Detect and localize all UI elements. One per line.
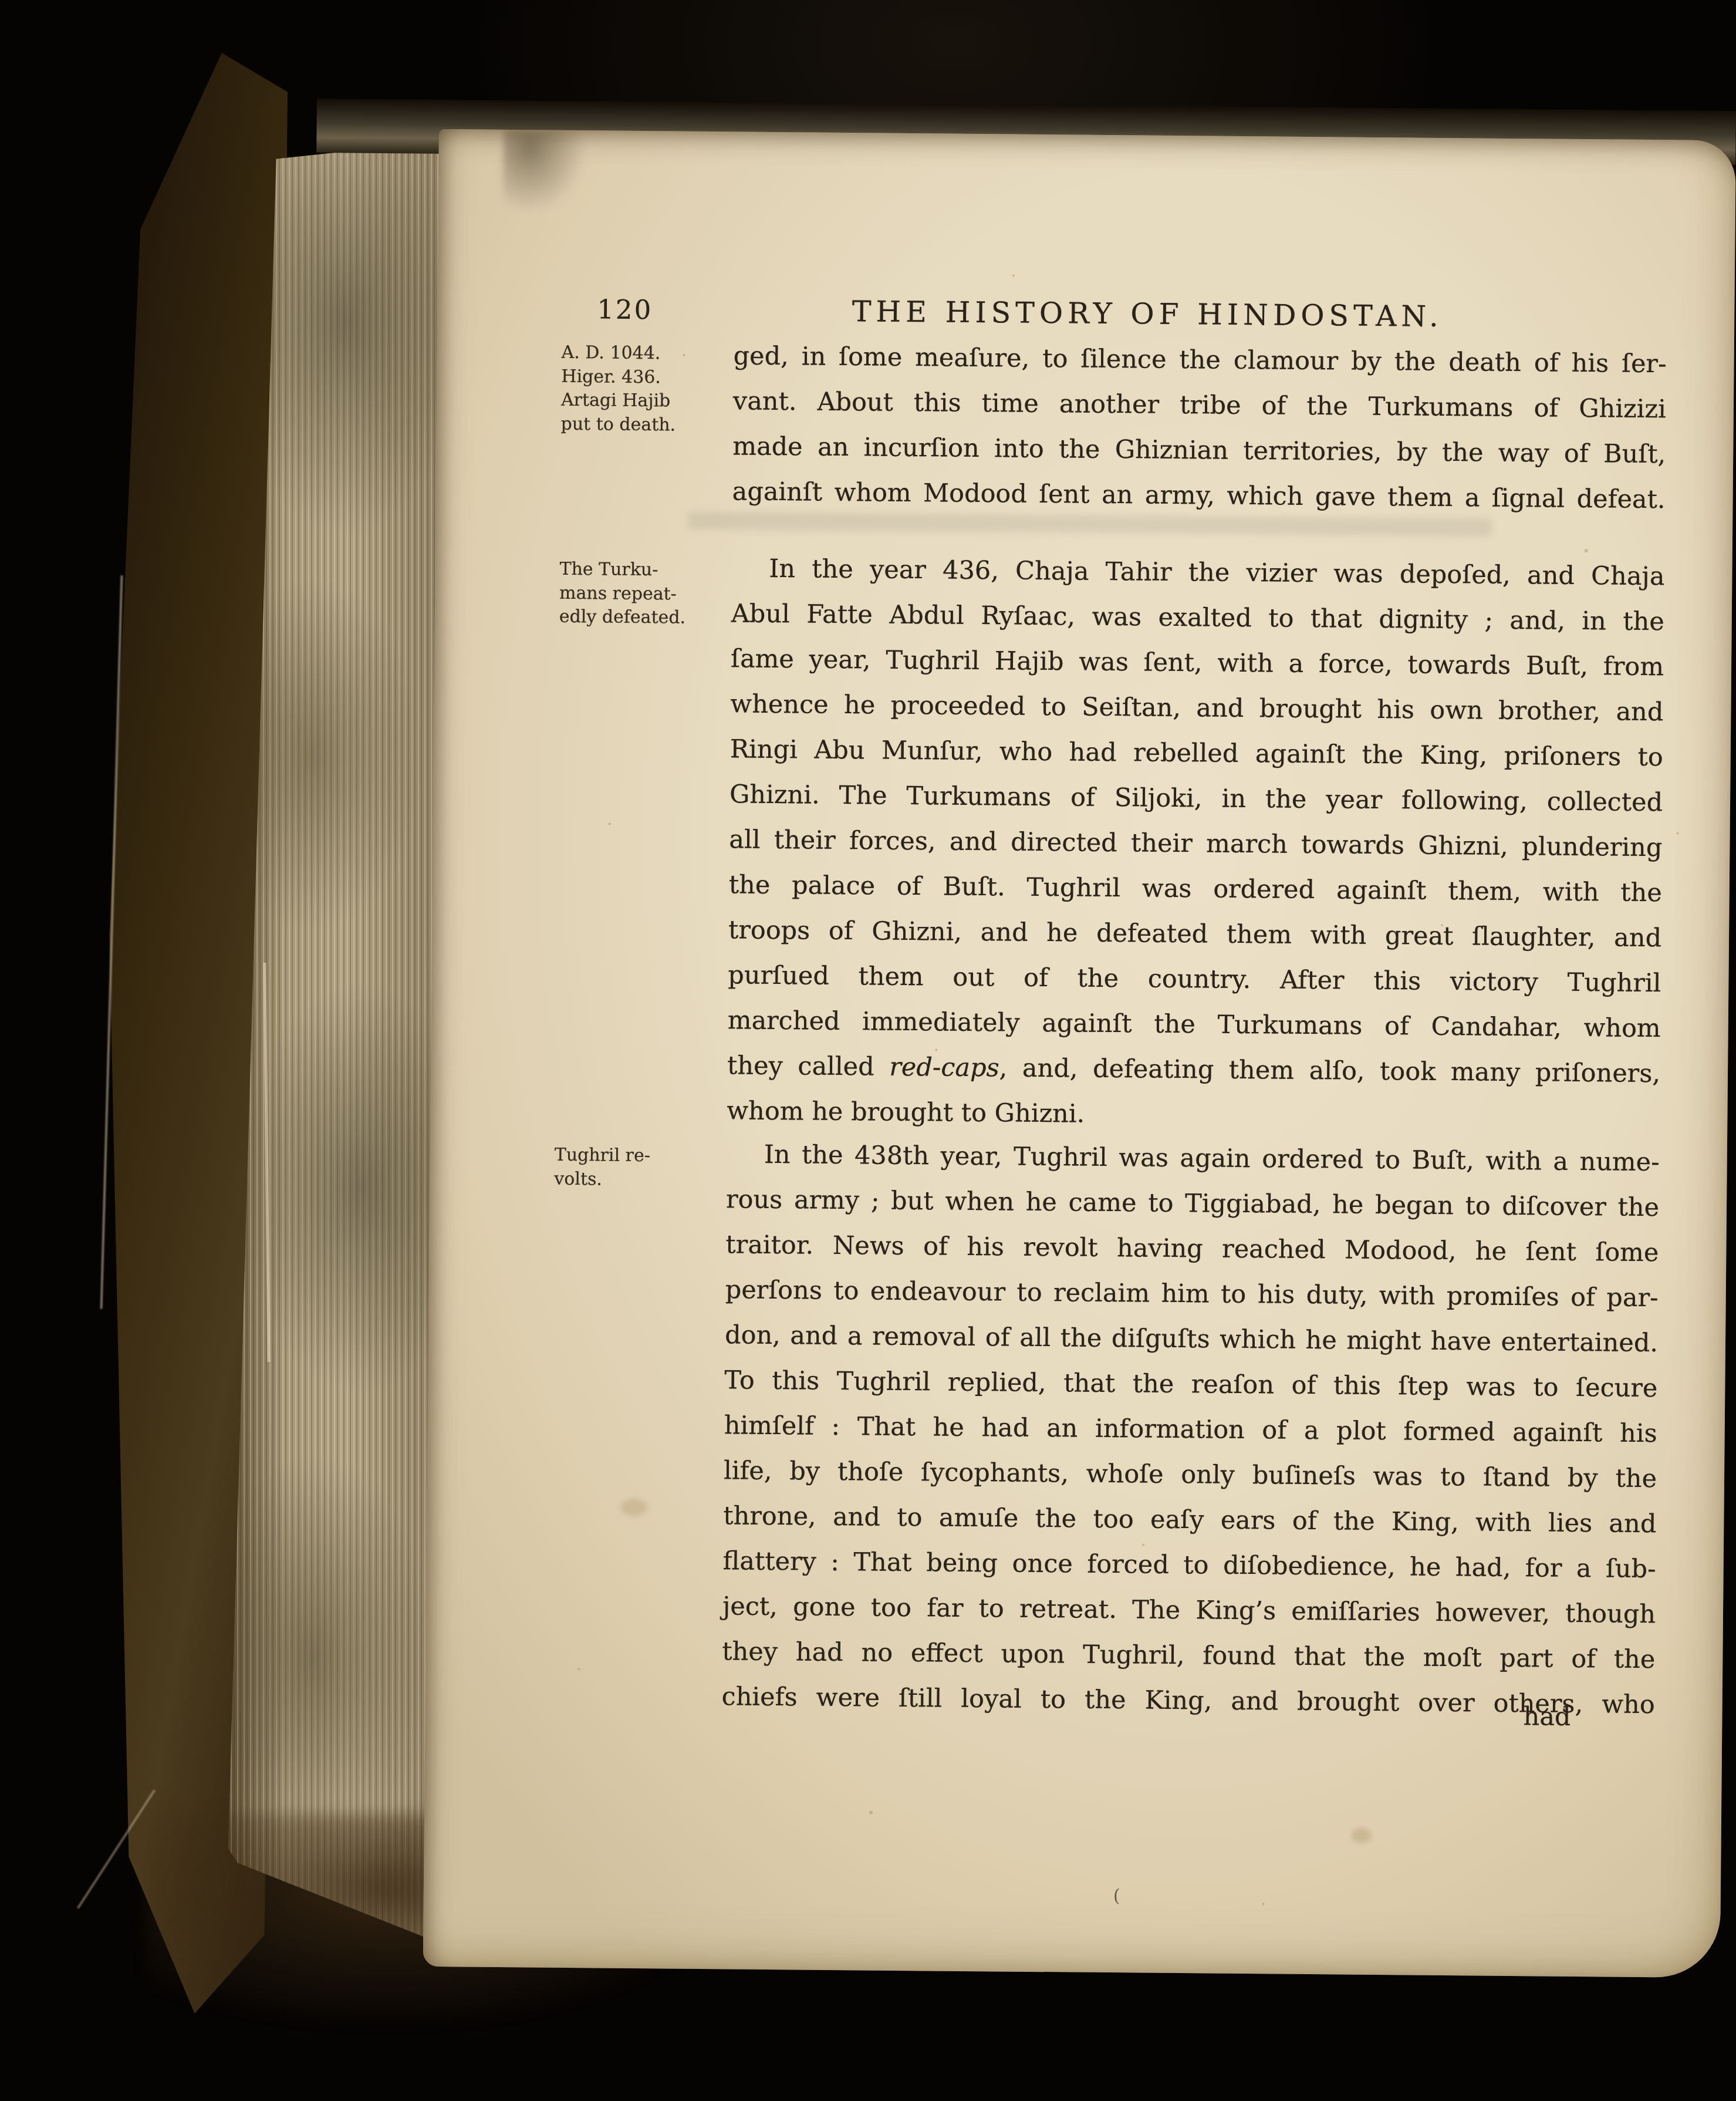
margin-note-line: mans repeat- [559, 581, 737, 606]
margin-note-line: put to death. [560, 412, 738, 437]
text-line: purſued them out of the country. After t… [728, 953, 1661, 1006]
text-line: perſons to endeavour to reclaim him to h… [725, 1267, 1659, 1321]
text-line: troops of Ghizni, and he defeated them w… [728, 908, 1662, 961]
page-number: 120 [597, 294, 653, 325]
text-line: made an incurſion into the Ghiznian terr… [732, 424, 1666, 477]
foxing-stain [620, 1499, 647, 1516]
text-line: To this Tughril replied, that the reaſon… [724, 1358, 1658, 1411]
book-page: 120 THE HISTORY OF HINDOSTAN. A. D. 1044… [423, 129, 1736, 1978]
text-line: In the year 436, Chaja Tahir the vizier … [731, 546, 1665, 599]
margin-note-line: The Turku- [559, 558, 737, 583]
text-line: Abul Fatte Abdul Ryſaac, was exalted to … [731, 591, 1664, 645]
text-line: life, by thoſe ſycophants, whoſe only bu… [724, 1448, 1657, 1502]
text-line: all their forces, and directed their mar… [729, 817, 1663, 871]
text-line: whence he proceeded to Seiſtan, and brou… [730, 682, 1664, 735]
margin-note-line: Tughril re- [555, 1144, 732, 1169]
text-line: the palace of Buſt. Tughril was ordered … [728, 862, 1662, 916]
text-line: ject, gone too far to retreat. The King’… [722, 1584, 1656, 1637]
paragraph-2: In the year 436, Chaja Tahir the vizier … [727, 546, 1665, 1142]
text-line: throne, and to amuſe the too eaſy ears o… [723, 1493, 1657, 1547]
stray-ink-mark: ( [1113, 1886, 1120, 1906]
margin-note-line: volts. [554, 1167, 731, 1192]
text-line: don, and a removal of all the diſguſts w… [725, 1313, 1659, 1366]
text-line: flattery : That being once forced to diſ… [722, 1539, 1656, 1592]
text-line: Ringi Abu Munſur, who had rebelled again… [729, 727, 1663, 780]
margin-note-line: Higer. 436. [561, 365, 738, 390]
text-line: vant. About this time another tribe of t… [733, 379, 1667, 432]
running-title: THE HISTORY OF HINDOSTAN. [813, 295, 1482, 334]
paragraph-3: In the 438th year, Tughril was again ord… [721, 1132, 1660, 1728]
text-segment: , and, defeating them alſo, took many pr… [999, 1053, 1660, 1088]
text-line: ſame year, Tughril Hajib was ſent, with … [731, 636, 1664, 690]
margin-note-turkumans: The Turku- mans repeat- edly defeated. [559, 558, 737, 630]
text-line: againſt whom Modood ſent an army, which … [732, 469, 1666, 522]
catchword: had [1423, 1694, 1571, 1740]
text-line: In the 438th year, Tughril was again ord… [726, 1132, 1660, 1185]
italic-term: red-caps [889, 1053, 999, 1083]
text-line: rous army ; but when he came to Tiggiaba… [726, 1177, 1660, 1230]
text-segment: they called [727, 1051, 890, 1081]
margin-note-date: A. D. 1044. Higer. 436. Artagi Hajib put… [560, 341, 738, 438]
paper-specks [439, 129, 440, 130]
text-line: Ghizni. The Turkumans of Siljoki, in the… [729, 772, 1663, 825]
margin-note-line: Artagi Hajib [561, 389, 738, 414]
text-line: ged, in ſome meaſure, to ſilence the cla… [733, 333, 1667, 387]
margin-note-tughril: Tughril re- volts. [554, 1144, 732, 1193]
text-line: they had no effect upon Tughril, found t… [722, 1629, 1656, 1682]
corner-smudge [503, 130, 592, 218]
book-photograph: 120 THE HISTORY OF HINDOSTAN. A. D. 1044… [0, 0, 1736, 2101]
text-line: marched immediately againſt the Turkuman… [727, 998, 1661, 1051]
text-line: himſelf : That he had an information of … [724, 1403, 1657, 1456]
text-line: traitor. News of his revolt having reach… [725, 1222, 1659, 1276]
margin-note-line: edly defeated. [559, 605, 737, 630]
text-line-with-italic: they called red-caps, and, defeating the… [727, 1043, 1661, 1097]
margin-note-line: A. D. 1044. [562, 341, 739, 366]
foxing-stain [1352, 1828, 1372, 1843]
paragraph-1: ged, in ſome meaſure, to ſilence the cla… [732, 333, 1667, 522]
